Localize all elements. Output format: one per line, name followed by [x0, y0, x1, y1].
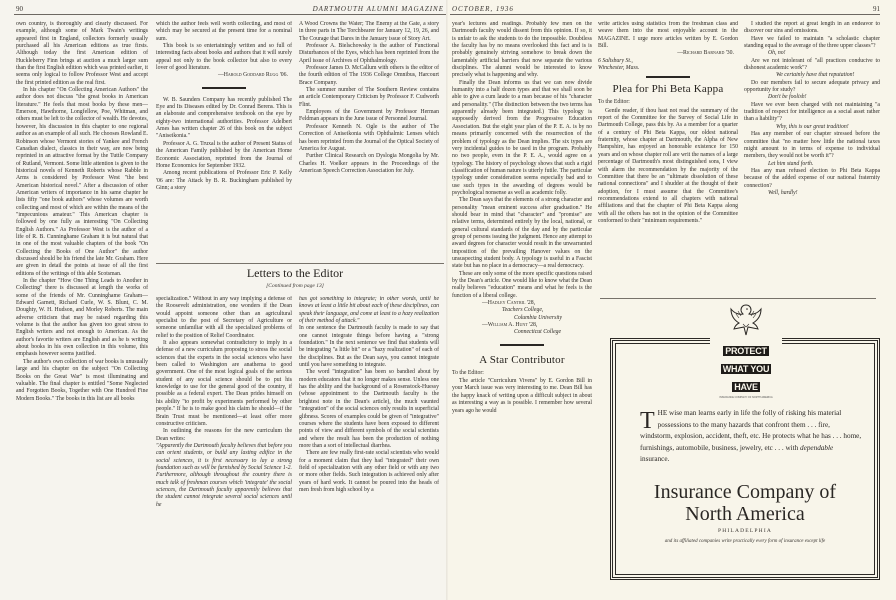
affiliation: Columbia University: [452, 315, 592, 322]
slogan-line: PROTECT: [723, 346, 769, 356]
star-contributor-title: A Star Contributor: [452, 354, 592, 367]
company-name-line2: North America: [620, 503, 870, 525]
ad-copy-tail: insurance.: [640, 455, 669, 463]
company-name-line1: Insurance Company of: [620, 481, 870, 503]
paragraph: The Dean says that the elements of a str…: [452, 197, 592, 270]
paragraph: Further Clinical Research on Dyslogia Mo…: [299, 153, 439, 175]
letters-column-6: I studied the report at great length in …: [744, 21, 880, 297]
question: Has any member of our chapter stressed b…: [744, 131, 880, 160]
answer: Don't be foolish!: [744, 94, 880, 101]
eagle-icon: [726, 302, 766, 336]
ad-copy-emphasis: dependable: [800, 444, 833, 452]
paragraph: In the chapter "How One Thing Leads to A…: [16, 278, 148, 359]
section-divider: [202, 87, 246, 89]
paragraph: Professor A. Bielschowsky is the author …: [299, 43, 439, 65]
company-tagline: and its affiliated companies write pract…: [620, 538, 870, 545]
question: Do our members fail to secure adequate p…: [744, 80, 880, 95]
salutation: To the Editor:: [452, 370, 592, 377]
affiliation: Teachers College,: [452, 307, 592, 314]
paragraph: own country, is thoroughly and clearly d…: [16, 21, 148, 87]
address-line: Winchester, Mass.: [598, 65, 738, 72]
section-divider: [500, 344, 544, 346]
paragraph: Professor Kenneth N. Ogle is the author …: [299, 124, 439, 153]
question: Are we not intolerant of "all practices …: [744, 58, 880, 73]
continued-note: [Continued from page 13]: [145, 283, 445, 289]
paragraph: specialization." Without in any way impl…: [156, 296, 292, 340]
paragraph: Among recent publications of Professor E…: [156, 170, 292, 192]
protect-emblem: PROTECT WHAT YOU HAVE INSURANCE COMPANY …: [710, 302, 782, 399]
paragraph: This book is so entertainingly written a…: [156, 43, 292, 72]
company-city: PHILADELPHIA: [620, 528, 870, 534]
paragraph: year's lectures and readings. Probably f…: [452, 21, 592, 80]
paragraph: A Wood Crowns the Water; The Enemy at th…: [299, 21, 439, 43]
paragraph: The author's own collection of war books…: [16, 359, 148, 403]
slogan-line: HAVE: [732, 382, 760, 392]
paragraph: These are only some of the more specific…: [452, 271, 592, 300]
paragraph: write articles using statistics from the…: [598, 21, 738, 50]
slogan-fineprint: INSURANCE COMPANY OF NORTH AMERICA: [714, 396, 778, 399]
running-head-right: OCTOBER, 1936: [452, 5, 514, 13]
section-rule: [600, 298, 876, 299]
drop-cap: T: [640, 411, 655, 431]
paragraph: The summer number of The Southern Review…: [299, 87, 439, 109]
phi-beta-kappa-title: Plea for Phi Beta Kappa: [598, 83, 738, 96]
answer: Oh, no!: [744, 50, 880, 57]
salutation: To the Editor:: [598, 99, 738, 106]
answer: We certainly have that reputation!: [744, 72, 880, 79]
paragraph: Gentle reader, if thou hast not read the…: [598, 108, 738, 226]
review-signature: —Harold Goddard Rugg '06.: [156, 72, 292, 79]
running-head-left: DARTMOUTH ALUMNI MAGAZINE: [313, 5, 444, 13]
paragraph: The article "Curriculum Vivens" by E. Go…: [452, 378, 592, 415]
header-rule: [14, 14, 448, 15]
slogan-line: WHAT YOU: [721, 364, 772, 374]
paragraph: In his chapter "On Collecting American A…: [16, 87, 148, 278]
letters-section-header: Letters to the Editor [Continued from pa…: [145, 266, 445, 289]
quoted-passage: "Apparently the Dartmouth faculty believ…: [156, 443, 292, 509]
paragraph: which the author feels well worth collec…: [156, 21, 292, 43]
letters-column-3: has got something to integrate; in other…: [299, 296, 439, 596]
signature-barnard: —Richard Barnard '30.: [598, 50, 738, 57]
quoted-passage: has got something to integrate; in other…: [299, 296, 439, 325]
question: Have we ever been charged with not maint…: [744, 102, 880, 124]
paragraph: It also appears somewhat contradictory t…: [156, 340, 292, 428]
paragraph: W. B. Saunders Company has recently publ…: [156, 97, 292, 141]
paragraph: Employees of the Government by Professor…: [299, 109, 439, 124]
section-rule: [156, 263, 444, 264]
faculty-notes-column-2: which the author feels well worth collec…: [156, 21, 292, 261]
signature-cantril: —Hadley Cantril '28,: [452, 300, 592, 307]
answer: Well, hardly!: [744, 190, 880, 197]
section-title: Letters to the Editor: [145, 266, 445, 280]
signature-hunt: —William A. Hunt '28,: [452, 322, 592, 329]
section-divider: [646, 76, 690, 78]
header-rule: [450, 14, 880, 15]
letters-column-4: year's lectures and readings. Probably f…: [452, 21, 592, 597]
paragraph: Professor A. G. Truxal is the author of …: [156, 141, 292, 170]
letters-column-2: specialization." Without in any way impl…: [156, 296, 292, 596]
question: Has any man refused election to Phi Beta…: [744, 168, 880, 190]
paragraph: In outlining the reasons for the new cur…: [156, 428, 292, 443]
review-column-1: own country, is thoroughly and clearly d…: [16, 21, 148, 596]
faculty-notes-column-3: A Wood Crowns the Water; The Enemy at th…: [299, 21, 439, 261]
answer: Let him stand forth.: [744, 161, 880, 168]
paragraph: In one sentence the Dartmouth faculty is…: [299, 325, 439, 369]
page-number-right: 91: [873, 5, 880, 13]
question: Have we failed to maintain "a scholastic…: [744, 36, 880, 51]
paragraph: There are few really first-rate social s…: [299, 450, 439, 494]
paragraph: Finally the Dean informs us that we can …: [452, 80, 592, 198]
paragraph: I studied the report at great length in …: [744, 21, 880, 36]
ad-body-copy: THE wise man learns early in life the fo…: [640, 408, 862, 466]
letters-column-5: write articles using statistics from the…: [598, 21, 738, 297]
paragraph: Professor James D. McCallum with others …: [299, 65, 439, 87]
page-number-left: 90: [16, 5, 23, 13]
left-page: 90 DARTMOUTH ALUMNI MAGAZINE own country…: [0, 0, 448, 600]
paragraph: The word "integration" has been so bandi…: [299, 369, 439, 450]
ad-company-block: Insurance Company of North America PHILA…: [620, 481, 870, 545]
address-line: 6 Salisbury St.,: [598, 58, 738, 65]
affiliation: Connecticut College: [452, 329, 592, 336]
